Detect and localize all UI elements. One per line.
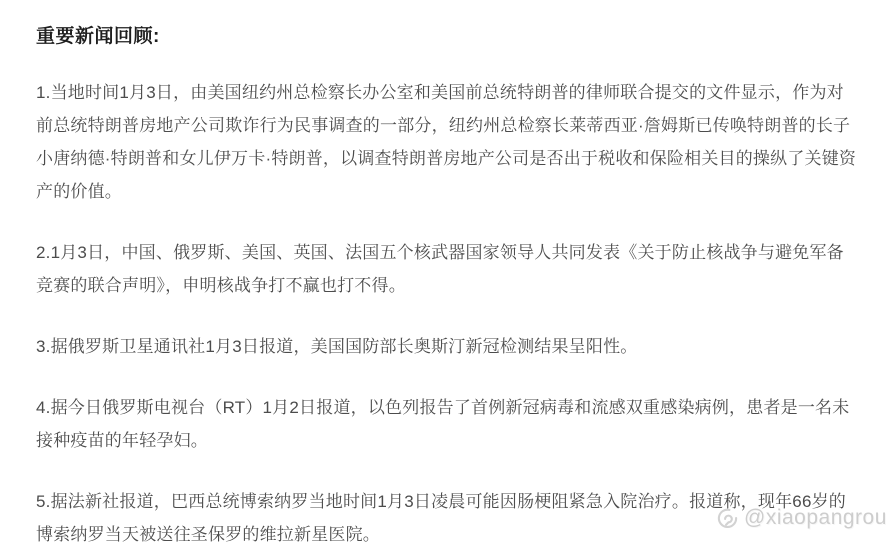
news-item-3: 3.据俄罗斯卫星通讯社1月3日报道，美国国防部长奥斯汀新冠检测结果呈阳性。 bbox=[36, 330, 857, 363]
news-item-4: 4.据今日俄罗斯电视台（RT）1月2日报道，以色列报告了首例新冠病毒和流感双重感… bbox=[36, 391, 857, 457]
news-item-2: 2.1月3日，中国、俄罗斯、美国、英国、法国五个核武器国家领导人共同发表《关于防… bbox=[36, 236, 857, 302]
weibo-icon bbox=[716, 507, 739, 530]
watermark-handle: @xiaopangrou bbox=[744, 506, 887, 530]
news-item-1: 1.当地时间1月3日，由美国纽约州总检察长办公室和美国前总统特朗普的律师联合提交… bbox=[36, 76, 857, 208]
news-review-document: 重要新闻回顾: 1.当地时间1月3日，由美国纽约州总检察长办公室和美国前总统特朗… bbox=[0, 0, 892, 557]
page-title: 重要新闻回顾: bbox=[36, 26, 857, 48]
watermark: @xiaopangrou bbox=[716, 506, 887, 530]
